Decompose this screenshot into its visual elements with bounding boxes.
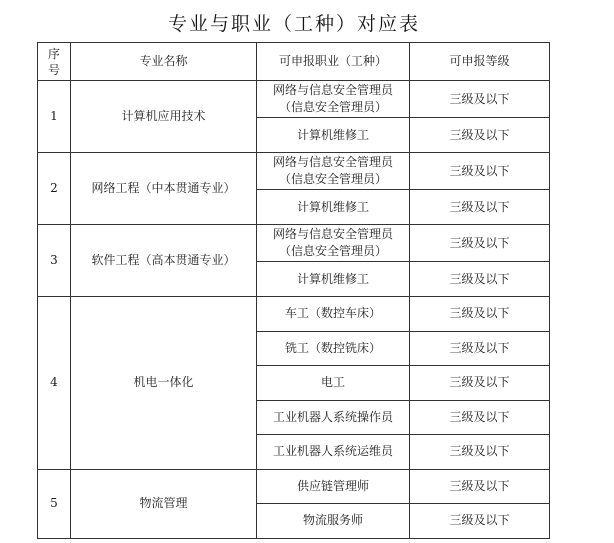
row-no: 5	[38, 469, 71, 538]
row-job: 车工（数控车床）	[257, 297, 410, 332]
row-major: 计算机应用技术	[71, 81, 257, 153]
row-level: 三级及以下	[410, 297, 550, 332]
row-major: 软件工程（高本贯通专业）	[71, 225, 257, 297]
job-line2: （信息安全管理员）	[279, 244, 387, 258]
row-level: 三级及以下	[410, 400, 550, 435]
row-job: 计算机维修工	[257, 262, 410, 297]
row-level: 三级及以下	[410, 81, 550, 118]
row-level: 三级及以下	[410, 190, 550, 225]
row-level: 三级及以下	[410, 435, 550, 470]
row-level: 三级及以下	[410, 153, 550, 190]
table-row: 1 计算机应用技术 网络与信息安全管理员（信息安全管理员） 三级及以下	[38, 81, 550, 118]
row-level: 三级及以下	[410, 504, 550, 539]
row-level: 三级及以下	[410, 118, 550, 153]
row-job: 工业机器人系统运维员	[257, 435, 410, 470]
row-job: 物流服务师	[257, 504, 410, 539]
row-major: 物流管理	[71, 469, 257, 538]
job-line1: 网络与信息安全管理员	[273, 227, 393, 241]
row-job: 计算机维修工	[257, 190, 410, 225]
header-job: 可申报职业（工种）	[257, 43, 410, 81]
row-job: 工业机器人系统操作员	[257, 400, 410, 435]
row-no: 2	[38, 153, 71, 225]
row-job: 计算机维修工	[257, 118, 410, 153]
job-line2: （信息安全管理员）	[279, 172, 387, 186]
row-job: 铣工（数控铣床）	[257, 331, 410, 366]
header-no-line2: 号	[48, 63, 60, 77]
row-job: 供应链管理师	[257, 469, 410, 504]
row-level: 三级及以下	[410, 225, 550, 262]
header-row: 序号 专业名称 可申报职业（工种） 可申报等级	[38, 43, 550, 81]
table-row: 3 软件工程（高本贯通专业） 网络与信息安全管理员（信息安全管理员） 三级及以下	[38, 225, 550, 262]
table-row: 5 物流管理 供应链管理师 三级及以下	[38, 469, 550, 504]
header-no-line1: 序	[48, 47, 60, 61]
row-job: 电工	[257, 366, 410, 401]
job-line1: 网络与信息安全管理员	[273, 155, 393, 169]
header-no: 序号	[38, 43, 71, 81]
row-level: 三级及以下	[410, 366, 550, 401]
row-level: 三级及以下	[410, 469, 550, 504]
row-major: 网络工程（中本贯通专业）	[71, 153, 257, 225]
row-no: 4	[38, 297, 71, 470]
row-no: 3	[38, 225, 71, 297]
row-level: 三级及以下	[410, 262, 550, 297]
table-row: 2 网络工程（中本贯通专业） 网络与信息安全管理员（信息安全管理员） 三级及以下	[38, 153, 550, 190]
table-row: 4 机电一体化 车工（数控车床） 三级及以下	[38, 297, 550, 332]
header-major: 专业名称	[71, 43, 257, 81]
row-job: 网络与信息安全管理员（信息安全管理员）	[257, 153, 410, 190]
document-title: 专业与职业（工种）对应表	[0, 9, 588, 36]
row-major: 机电一体化	[71, 297, 257, 470]
major-occupation-table: 序号 专业名称 可申报职业（工种） 可申报等级 1 计算机应用技术 网络与信息安…	[37, 42, 550, 539]
row-job: 网络与信息安全管理员（信息安全管理员）	[257, 81, 410, 118]
job-line1: 网络与信息安全管理员	[273, 83, 393, 97]
row-job: 网络与信息安全管理员（信息安全管理员）	[257, 225, 410, 262]
header-level: 可申报等级	[410, 43, 550, 81]
row-no: 1	[38, 81, 71, 153]
row-level: 三级及以下	[410, 331, 550, 366]
job-line2: （信息安全管理员）	[279, 100, 387, 114]
